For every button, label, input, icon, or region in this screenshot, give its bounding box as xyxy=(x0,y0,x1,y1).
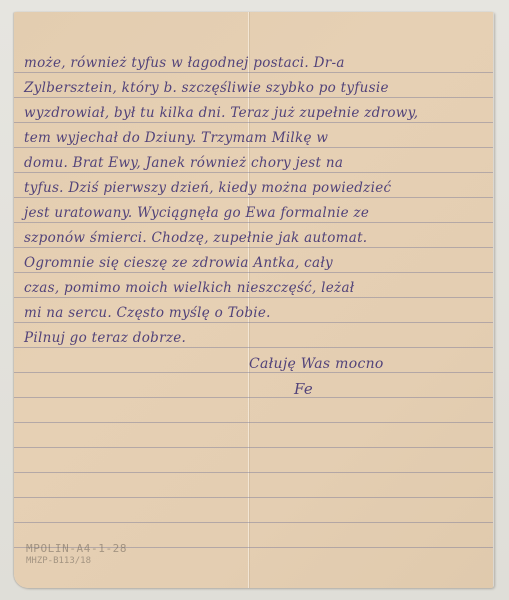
ruled-line xyxy=(14,122,494,123)
ruled-line xyxy=(14,497,494,498)
letter-line: czas, pomimo moich wielkich nieszczęść, … xyxy=(24,282,354,296)
ruled-line xyxy=(14,447,494,448)
letter-line: może, również tyfus w łagodnej postaci. … xyxy=(24,57,345,71)
fold-crease xyxy=(248,12,249,588)
letter-line: Ogromnie się cieszę ze zdrowia Antka, ca… xyxy=(24,257,333,271)
letter-line: szponów śmierci. Chodzę, zupełnie jak au… xyxy=(24,232,367,246)
letter-line: tem wyjechał do Dziuny. Trzymam Milkę w xyxy=(24,132,328,146)
ruled-line xyxy=(14,247,494,248)
ruled-line xyxy=(14,422,494,423)
letter-line: Pilnuj go teraz dobrze. xyxy=(24,332,186,346)
letter-line: jest uratowany. Wyciągnęła go Ewa formal… xyxy=(24,207,369,221)
ruled-line xyxy=(14,172,494,173)
ruled-line xyxy=(14,97,494,98)
archive-reference-mark: MPOLIN-A4-1-28 xyxy=(26,543,127,554)
letter-signature: Fe xyxy=(294,382,313,397)
ruled-line xyxy=(14,222,494,223)
ruled-line xyxy=(14,197,494,198)
ruled-line xyxy=(14,347,494,348)
letter-page: może, również tyfus w łagodnej postaci. … xyxy=(14,12,494,588)
ruled-line xyxy=(14,72,494,73)
letter-line: mi na sercu. Często myślę o Tobie. xyxy=(24,307,271,321)
letter-line: wyzdrowiał, był tu kilka dni. Teraz już … xyxy=(24,107,418,121)
ruled-line xyxy=(14,147,494,148)
ruled-line xyxy=(14,297,494,298)
letter-line: domu. Brat Ewy, Janek również chory jest… xyxy=(24,157,343,171)
ruled-line xyxy=(14,272,494,273)
ruled-line xyxy=(14,472,494,473)
ruled-line xyxy=(14,322,494,323)
letter-closing: Całuję Was mocno xyxy=(249,357,384,371)
ruled-line xyxy=(14,397,494,398)
letter-line: tyfus. Dziś pierwszy dzień, kiedy można … xyxy=(24,182,391,196)
ruled-line xyxy=(14,372,494,373)
letter-line: Zylbersztein, który b. szczęśliwie szybk… xyxy=(24,82,389,96)
ruled-line xyxy=(14,522,494,523)
archive-inventory-mark: MHZP-B113/18 xyxy=(26,557,91,566)
